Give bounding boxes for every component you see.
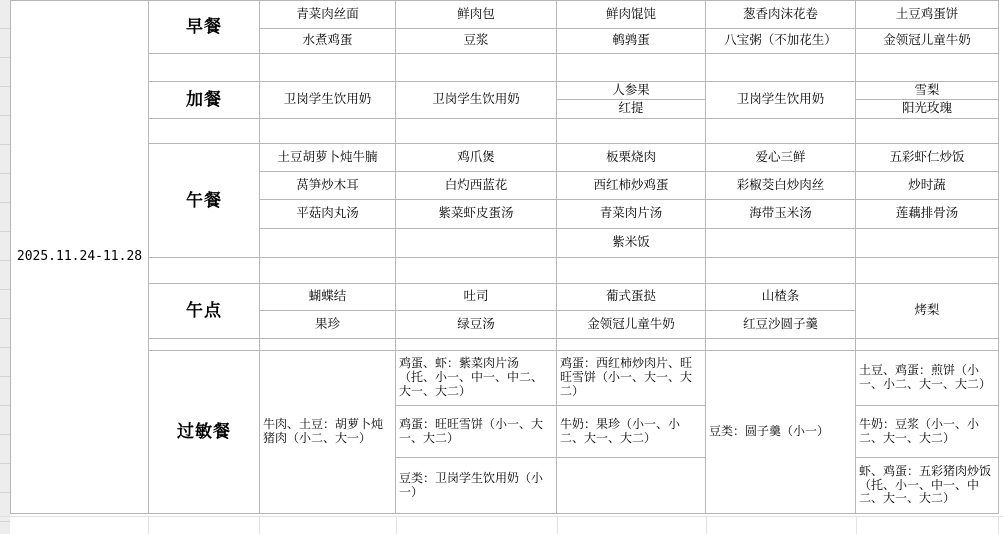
cell-afsnack-r2-mon[interactable]: 果珍 — [260, 311, 396, 339]
empty-cell[interactable] — [260, 258, 396, 284]
cell-allergy-fri-3[interactable]: 虾、鸡蛋：五彩猪肉炒饭（托、小一、中一、中二、大一、大二） — [856, 458, 999, 514]
gridline — [557, 517, 558, 534]
cell-breakfast-r1-tue[interactable]: 鲜肉包 — [396, 1, 557, 29]
cell-afsnack-r1-tue[interactable]: 吐司 — [396, 284, 557, 311]
empty-cell[interactable] — [396, 119, 557, 144]
cell-allergy-fri-1[interactable]: 土豆、鸡蛋：煎饼（小一、小二、大一、大二） — [856, 351, 999, 406]
empty-cell[interactable] — [149, 258, 260, 284]
empty-cell[interactable] — [856, 54, 999, 82]
cell-allergy-wed-3[interactable] — [557, 458, 706, 514]
cell-lunch-r2-fri[interactable]: 炒时蔬 — [856, 172, 999, 200]
empty-cell[interactable] — [149, 339, 260, 351]
category-cell-breakfast[interactable]: 早餐 — [149, 1, 260, 54]
cell-lunch-r4-mon[interactable] — [260, 229, 396, 258]
cell-afsnack-r1-wed[interactable]: 葡式蛋挞 — [557, 284, 706, 311]
cell-breakfast-r1-thu[interactable]: 葱香肉沫花卷 — [706, 1, 856, 29]
cell-lunch-r2-thu[interactable]: 彩椒茭白炒肉丝 — [706, 172, 856, 200]
cell-allergy-wed-1[interactable]: 鸡蛋：西红柿炒肉片、旺旺雪饼（小一、大一、大二） — [557, 351, 706, 406]
cell-lunch-r2-tue[interactable]: 白灼西蓝花 — [396, 172, 557, 200]
category-cell-morning-snack[interactable]: 加餐 — [149, 82, 260, 119]
empty-cell[interactable] — [260, 119, 396, 144]
cell-lunch-r1-mon[interactable]: 土豆胡萝卜炖牛腩 — [260, 144, 396, 172]
cell-breakfast-r1-wed[interactable]: 鲜肉馄饨 — [557, 1, 706, 29]
gridline — [396, 517, 397, 534]
sheet-left-margin — [0, 0, 10, 534]
empty-cell[interactable] — [557, 339, 706, 351]
cell-lunch-r3-fri[interactable]: 莲藕排骨汤 — [856, 200, 999, 229]
cell-snack-thu[interactable]: 卫岗学生饮用奶 — [706, 82, 856, 119]
cell-lunch-r2-wed[interactable]: 西红柿炒鸡蛋 — [557, 172, 706, 200]
meal-schedule-table: 2025.11.24-11.28 早餐 青菜肉丝面 鲜肉包 鲜肉馄饨 葱香肉沫花… — [10, 0, 999, 514]
cell-snack-tue[interactable]: 卫岗学生饮用奶 — [396, 82, 557, 119]
empty-cell[interactable] — [856, 119, 999, 144]
empty-cell[interactable] — [706, 258, 856, 284]
cell-snack-mon[interactable]: 卫岗学生饮用奶 — [260, 82, 396, 119]
cell-lunch-r4-fri[interactable] — [856, 229, 999, 258]
gridline — [856, 517, 857, 534]
cell-lunch-r3-tue[interactable]: 紫菜虾皮蛋汤 — [396, 200, 557, 229]
empty-cell[interactable] — [856, 339, 999, 351]
empty-cell[interactable] — [260, 54, 396, 82]
cell-lunch-r4-wed[interactable]: 紫米饭 — [557, 229, 706, 258]
cell-breakfast-r1-fri[interactable]: 土豆鸡蛋饼 — [856, 1, 999, 29]
cell-lunch-r1-fri[interactable]: 五彩虾仁炒饭 — [856, 144, 999, 172]
cell-breakfast-r2-fri[interactable]: 金领冠儿童牛奶 — [856, 29, 999, 54]
cell-allergy-tue-1[interactable]: 鸡蛋、虾：紫菜肉片汤（托、小一、中一、中二、大一、大二） — [396, 351, 557, 406]
cell-afsnack-r2-tue[interactable]: 绿豆汤 — [396, 311, 557, 339]
empty-cell[interactable] — [396, 54, 557, 82]
empty-cell[interactable] — [396, 339, 557, 351]
cell-lunch-r1-wed[interactable]: 板栗烧肉 — [557, 144, 706, 172]
empty-cell[interactable] — [706, 119, 856, 144]
cell-snack-wed-1[interactable]: 人参果 — [557, 82, 706, 100]
gridline — [259, 517, 260, 534]
cell-allergy-thu[interactable]: 豆类：圆子羹（小一） — [706, 351, 856, 514]
cell-lunch-r4-thu[interactable] — [706, 229, 856, 258]
cell-afsnack-r1-thu[interactable]: 山楂条 — [706, 284, 856, 311]
cell-allergy-wed-2[interactable]: 牛奶：果珍（小一、小二、大一、大二） — [557, 406, 706, 458]
empty-cell[interactable] — [149, 54, 260, 82]
cell-snack-fri-1[interactable]: 雪梨 — [856, 82, 999, 100]
cell-snack-wed-2[interactable]: 红提 — [557, 100, 706, 119]
cell-snack-fri-2[interactable]: 阳光玫瑰 — [856, 100, 999, 119]
category-cell-allergy[interactable]: 过敏餐 — [149, 351, 260, 514]
cell-allergy-mon[interactable]: 牛肉、土豆：胡萝卜炖猪肉（小二、大一） — [260, 351, 396, 514]
cell-breakfast-r2-thu[interactable]: 八宝粥（不加花生） — [706, 29, 856, 54]
empty-cell[interactable] — [260, 339, 396, 351]
empty-cell[interactable] — [557, 119, 706, 144]
empty-cell[interactable] — [149, 119, 260, 144]
cell-allergy-tue-3[interactable]: 豆类：卫岗学生饮用奶（小一） — [396, 458, 557, 514]
cell-afsnack-r1-mon[interactable]: 蝴蝶结 — [260, 284, 396, 311]
empty-cell[interactable] — [706, 54, 856, 82]
category-cell-afternoon-snack[interactable]: 午点 — [149, 284, 260, 339]
gridline — [148, 517, 149, 534]
cell-allergy-fri-2[interactable]: 牛奶：豆浆（小一、小二、大一、大二） — [856, 406, 999, 458]
cell-lunch-r3-mon[interactable]: 平菇肉丸汤 — [260, 200, 396, 229]
gridline — [998, 517, 999, 534]
sheet-gridline-strip — [0, 516, 1003, 534]
category-cell-lunch[interactable]: 午餐 — [149, 144, 260, 258]
empty-cell[interactable] — [706, 339, 856, 351]
empty-cell[interactable] — [856, 258, 999, 284]
cell-breakfast-r1-mon[interactable]: 青菜肉丝面 — [260, 1, 396, 29]
cell-afsnack-fri[interactable]: 烤梨 — [856, 284, 999, 339]
cell-afsnack-r2-thu[interactable]: 红豆沙圆子羹 — [706, 311, 856, 339]
gridline — [706, 517, 707, 534]
cell-breakfast-r2-mon[interactable]: 水煮鸡蛋 — [260, 29, 396, 54]
cell-lunch-r1-tue[interactable]: 鸡爪煲 — [396, 144, 557, 172]
cell-breakfast-r2-wed[interactable]: 鹌鹑蛋 — [557, 29, 706, 54]
empty-cell[interactable] — [396, 258, 557, 284]
cell-afsnack-r2-wed[interactable]: 金领冠儿童牛奶 — [557, 311, 706, 339]
cell-breakfast-r2-tue[interactable]: 豆浆 — [396, 29, 557, 54]
cell-lunch-r2-mon[interactable]: 莴笋炒木耳 — [260, 172, 396, 200]
cell-allergy-tue-2[interactable]: 鸡蛋：旺旺雪饼（小一、大一、大二） — [396, 406, 557, 458]
cell-lunch-r3-wed[interactable]: 青菜肉片汤 — [557, 200, 706, 229]
date-range-cell[interactable]: 2025.11.24-11.28 — [11, 1, 149, 514]
cell-lunch-r4-tue[interactable] — [396, 229, 557, 258]
cell-lunch-r3-thu[interactable]: 海带玉米汤 — [706, 200, 856, 229]
spreadsheet-view: 2025.11.24-11.28 早餐 青菜肉丝面 鲜肉包 鲜肉馄饨 葱香肉沫花… — [0, 0, 1003, 534]
empty-cell[interactable] — [557, 54, 706, 82]
cell-lunch-r1-thu[interactable]: 爱心三鲜 — [706, 144, 856, 172]
empty-cell[interactable] — [557, 258, 706, 284]
